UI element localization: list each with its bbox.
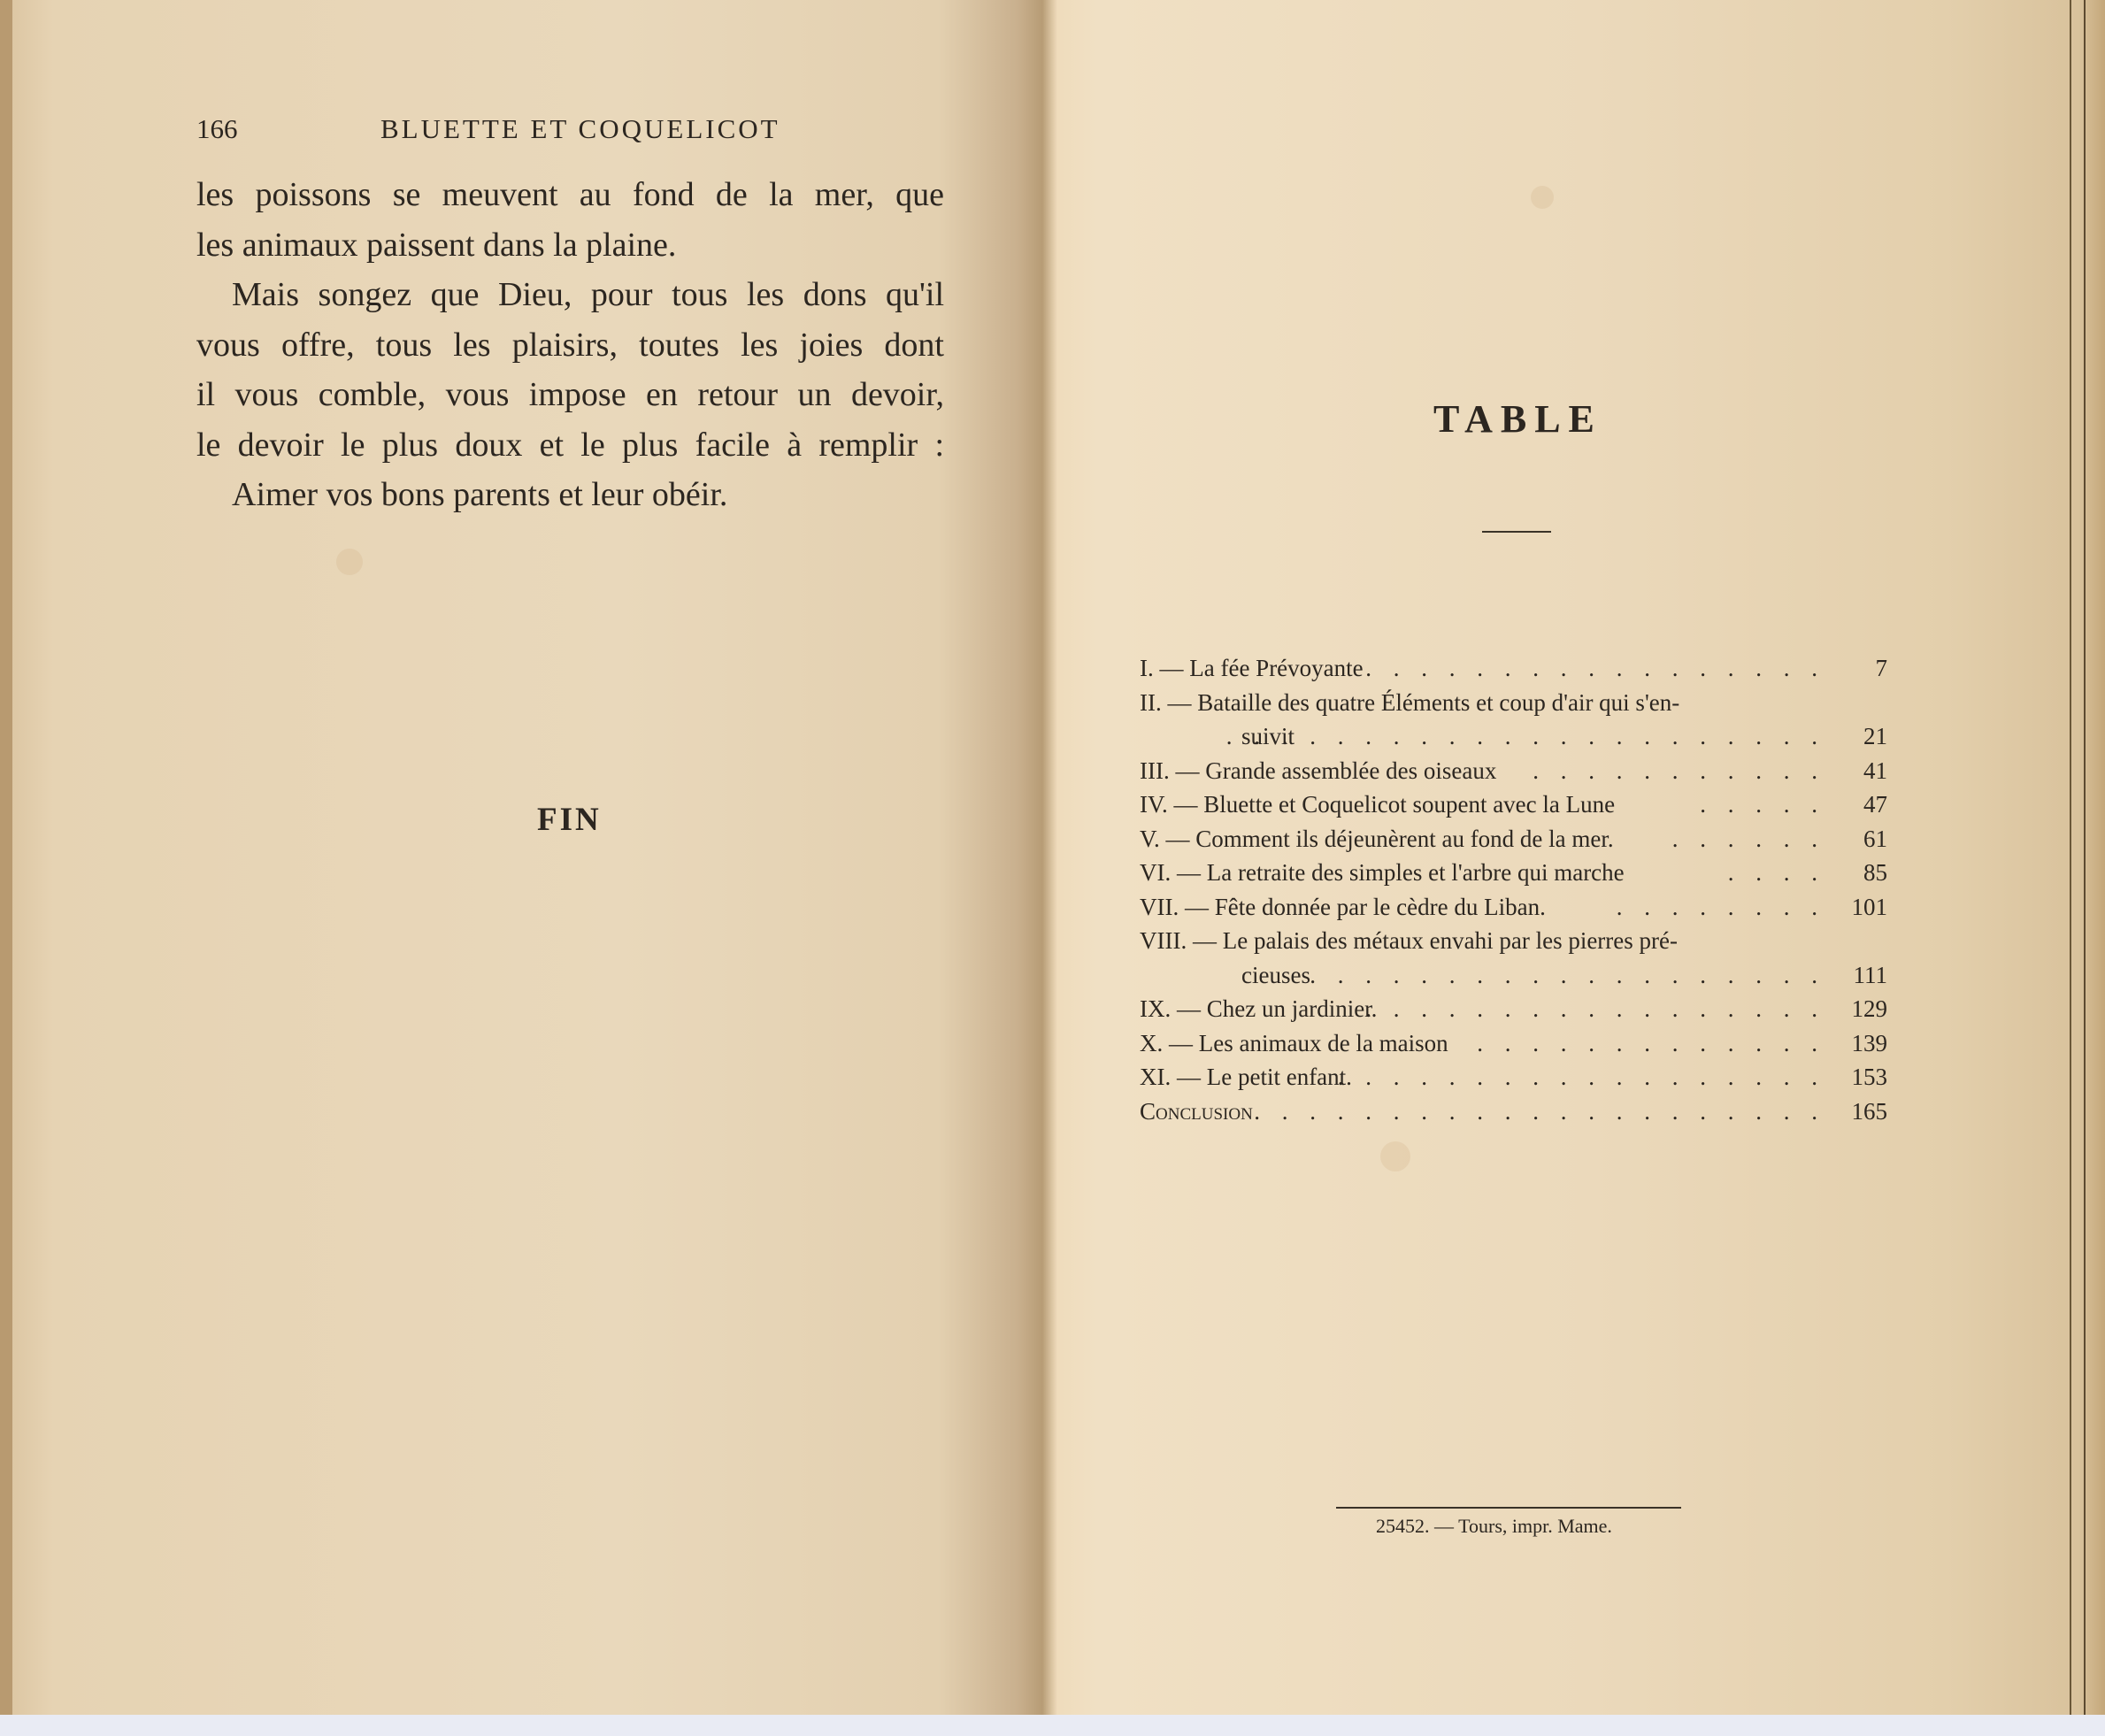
toc-entry: Conclusion . . . . . . . . . . . . . . .… xyxy=(1140,1095,1887,1129)
toc-entry: II. — Bataille des quatre Éléments et co… xyxy=(1140,686,1887,720)
toc-label: X. — Les animaux de la maison xyxy=(1140,1026,1448,1061)
scan-background xyxy=(0,1715,2105,1736)
toc-entry: cieuses . . . . . . . . . . . . . . . . … xyxy=(1140,958,1887,993)
leader-dots: . . . . . . . . xyxy=(1617,890,1825,925)
leader-dots: . . . . . . . . . . . . . . . . . xyxy=(1365,992,1825,1026)
leader-dots: . . . . . . . . . . . . . xyxy=(1477,1026,1825,1061)
toc-label: VIII. — Le palais des métaux envahi par … xyxy=(1140,924,1678,958)
toc-entry: III. — Grande assemblée des oiseaux . . … xyxy=(1140,754,1887,788)
text-line: Mais songez que Dieu, pour tous les dons… xyxy=(196,270,944,320)
left-page: 166 BLUETTE ET COQUELICOT les poissons s… xyxy=(0,0,1044,1717)
book-spread: 166 BLUETTE ET COQUELICOT les poissons s… xyxy=(0,0,2105,1717)
leader-dots: . . . . . . . . . . . . . . . . . . . . … xyxy=(1226,719,1825,754)
toc-entry: suivit . . . . . . . . . . . . . . . . .… xyxy=(1140,719,1887,754)
toc-page: 7 xyxy=(1876,651,1888,686)
toc-page: 129 xyxy=(1852,992,1888,1026)
text-line: le devoir le plus doux et le plus facile… xyxy=(196,420,944,471)
toc-page: 111 xyxy=(1854,958,1888,993)
running-head-title: BLUETTE ET COQUELICOT xyxy=(380,113,780,145)
toc-page: 85 xyxy=(1863,856,1887,890)
leader-dots: . . . . . xyxy=(1700,787,1825,822)
heading-rule xyxy=(1482,531,1551,533)
text-line: les animaux paissent dans la plaine. xyxy=(196,220,944,271)
toc-page: 61 xyxy=(1863,822,1887,856)
toc-entry: I. — La fée Prévoyante . . . . . . . . .… xyxy=(1140,651,1887,686)
toc-label: V. — Comment ils déjeunèrent au fond de … xyxy=(1140,822,1614,856)
page-edges xyxy=(2070,0,2086,1717)
leader-dots: . . . . . . . . . . . . . . . . . . . . … xyxy=(1254,1095,1825,1129)
toc-label: IV. — Bluette et Coquelicot soupent avec… xyxy=(1140,787,1615,822)
text-line: vous offre, tous les plaisirs, toutes le… xyxy=(196,320,944,371)
text-line: il vous comble, vous impose en retour un… xyxy=(196,370,944,420)
text-line: Aimer vos bons parents et leur obéir. xyxy=(196,470,944,520)
printer-imprint: 25452. — Tours, impr. Mame. xyxy=(1376,1515,1612,1538)
end-mark: FIN xyxy=(537,801,602,839)
toc-label: III. — Grande assemblée des oiseaux xyxy=(1140,754,1496,788)
toc-entry: VI. — La retraite des simples et l'arbre… xyxy=(1140,856,1887,890)
table-of-contents: I. — La fée Prévoyante . . . . . . . . .… xyxy=(1140,651,1887,1128)
toc-entry: XI. — Le petit enfant. . . . . . . . . .… xyxy=(1140,1060,1887,1095)
toc-entry: IV. — Bluette et Coquelicot soupent avec… xyxy=(1140,787,1887,822)
toc-label: VI. — La retraite des simples et l'arbre… xyxy=(1140,856,1625,890)
running-head: 166 BLUETTE ET COQUELICOT xyxy=(196,113,957,149)
toc-label: I. — La fée Prévoyante xyxy=(1140,651,1364,686)
toc-label: II. — Bataille des quatre Éléments et co… xyxy=(1140,686,1679,720)
leader-dots: . . . . . . . . . . . . . . . . . xyxy=(1365,651,1825,686)
toc-entry: V. — Comment ils déjeunèrent au fond de … xyxy=(1140,822,1887,856)
leader-dots: . . . . . . . . . . . . . . . . . . xyxy=(1338,1060,1825,1095)
toc-page: 139 xyxy=(1852,1026,1888,1061)
leader-dots: . . . . xyxy=(1728,856,1825,890)
toc-label: VII. — Fête donnée par le cèdre du Liban… xyxy=(1140,890,1546,925)
toc-page: 153 xyxy=(1852,1060,1888,1095)
leader-dots: . . . . . . . . . . . xyxy=(1533,754,1825,788)
toc-label: Conclusion xyxy=(1140,1095,1253,1129)
toc-entry: X. — Les animaux de la maison . . . . . … xyxy=(1140,1026,1887,1061)
toc-label: IX. — Chez un jardinier. xyxy=(1140,992,1377,1026)
imprint-rule xyxy=(1336,1507,1681,1509)
toc-page: 165 xyxy=(1852,1095,1888,1129)
toc-entry: VII. — Fête donnée par le cèdre du Liban… xyxy=(1140,890,1887,925)
toc-label: XI. — Le petit enfant. xyxy=(1140,1060,1352,1095)
toc-label: cieuses xyxy=(1241,958,1310,993)
toc-page: 101 xyxy=(1852,890,1888,925)
leader-dots: . . . . . . xyxy=(1672,822,1825,856)
toc-page: 47 xyxy=(1863,787,1887,822)
toc-page: 21 xyxy=(1863,719,1887,754)
toc-page: 41 xyxy=(1863,754,1887,788)
toc-entry: IX. — Chez un jardinier. . . . . . . . .… xyxy=(1140,992,1887,1026)
toc-entry: VIII. — Le palais des métaux envahi par … xyxy=(1140,924,1887,958)
text-line: les poissons se meuvent au fond de la me… xyxy=(196,170,944,220)
leader-dots: . . . . . . . . . . . . . . . . . . . xyxy=(1310,958,1825,993)
page-number: 166 xyxy=(196,113,238,145)
body-text: les poissons se meuvent au fond de la me… xyxy=(196,170,944,520)
toc-heading: TABLE xyxy=(1433,396,1602,442)
